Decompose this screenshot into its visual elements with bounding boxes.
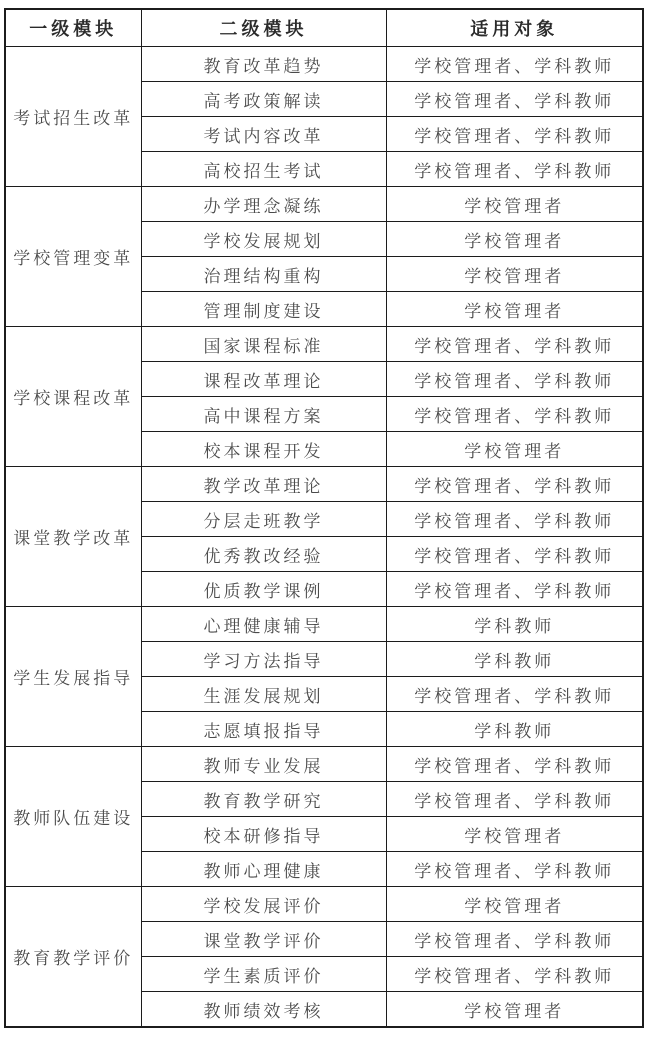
- module-cell: 学校管理变革: [5, 187, 141, 327]
- table-row: 考试招生改革教育改革趋势学校管理者、学科教师: [5, 47, 643, 82]
- submodule-cell: 办学理念凝练: [141, 187, 386, 222]
- submodule-cell: 优秀教改经验: [141, 537, 386, 572]
- audience-cell: 学校管理者、学科教师: [386, 782, 643, 817]
- submodule-cell: 教师专业发展: [141, 747, 386, 782]
- audience-cell: 学校管理者、学科教师: [386, 82, 643, 117]
- audience-cell: 学校管理者: [386, 292, 643, 327]
- module-cell: 课堂教学改革: [5, 467, 141, 607]
- audience-cell: 学科教师: [386, 607, 643, 642]
- audience-cell: 学校管理者、学科教师: [386, 922, 643, 957]
- module-cell: 教育教学评价: [5, 887, 141, 1028]
- submodule-cell: 学校发展规划: [141, 222, 386, 257]
- audience-cell: 学校管理者、学科教师: [386, 537, 643, 572]
- submodule-cell: 心理健康辅导: [141, 607, 386, 642]
- audience-cell: 学校管理者: [386, 432, 643, 467]
- submodule-cell: 高中课程方案: [141, 397, 386, 432]
- submodule-cell: 优质教学课例: [141, 572, 386, 607]
- submodule-cell: 考试内容改革: [141, 117, 386, 152]
- table-body: 考试招生改革教育改革趋势学校管理者、学科教师高考政策解读学校管理者、学科教师考试…: [5, 47, 643, 1028]
- submodule-cell: 教育教学研究: [141, 782, 386, 817]
- table-row: 学校管理变革办学理念凝练学校管理者: [5, 187, 643, 222]
- audience-cell: 学校管理者、学科教师: [386, 747, 643, 782]
- table-row: 学校课程改革国家课程标准学校管理者、学科教师: [5, 327, 643, 362]
- submodule-cell: 治理结构重构: [141, 257, 386, 292]
- audience-cell: 学校管理者: [386, 887, 643, 922]
- submodule-cell: 志愿填报指导: [141, 712, 386, 747]
- audience-cell: 学校管理者: [386, 817, 643, 852]
- submodule-cell: 国家课程标准: [141, 327, 386, 362]
- table-header-row: 一级模块 二级模块 适用对象: [5, 9, 643, 47]
- module-cell: 教师队伍建设: [5, 747, 141, 887]
- submodule-cell: 课堂教学评价: [141, 922, 386, 957]
- audience-cell: 学校管理者、学科教师: [386, 117, 643, 152]
- col-header-audience: 适用对象: [386, 9, 643, 47]
- module-cell: 学校课程改革: [5, 327, 141, 467]
- module-cell: 学生发展指导: [5, 607, 141, 747]
- audience-cell: 学科教师: [386, 642, 643, 677]
- audience-cell: 学校管理者: [386, 257, 643, 292]
- submodule-cell: 高校招生考试: [141, 152, 386, 187]
- table-row: 学生发展指导心理健康辅导学科教师: [5, 607, 643, 642]
- audience-cell: 学校管理者: [386, 992, 643, 1028]
- table-row: 课堂教学改革教学改革理论学校管理者、学科教师: [5, 467, 643, 502]
- submodule-cell: 学生素质评价: [141, 957, 386, 992]
- audience-cell: 学校管理者、学科教师: [386, 362, 643, 397]
- submodule-cell: 教师心理健康: [141, 852, 386, 887]
- audience-cell: 学校管理者: [386, 187, 643, 222]
- audience-cell: 学校管理者、学科教师: [386, 502, 643, 537]
- submodule-cell: 课程改革理论: [141, 362, 386, 397]
- audience-cell: 学校管理者、学科教师: [386, 677, 643, 712]
- training-modules-table: 一级模块 二级模块 适用对象 考试招生改革教育改革趋势学校管理者、学科教师高考政…: [4, 8, 644, 1028]
- submodule-cell: 生涯发展规划: [141, 677, 386, 712]
- submodule-cell: 教师绩效考核: [141, 992, 386, 1028]
- header-row: 一级模块 二级模块 适用对象: [5, 9, 643, 47]
- submodule-cell: 教学改革理论: [141, 467, 386, 502]
- submodule-cell: 管理制度建设: [141, 292, 386, 327]
- audience-cell: 学校管理者、学科教师: [386, 152, 643, 187]
- audience-cell: 学校管理者、学科教师: [386, 397, 643, 432]
- table-row: 教师队伍建设教师专业发展学校管理者、学科教师: [5, 747, 643, 782]
- audience-cell: 学校管理者、学科教师: [386, 852, 643, 887]
- audience-cell: 学校管理者、学科教师: [386, 572, 643, 607]
- audience-cell: 学校管理者、学科教师: [386, 327, 643, 362]
- submodule-cell: 高考政策解读: [141, 82, 386, 117]
- audience-cell: 学校管理者、学科教师: [386, 957, 643, 992]
- audience-cell: 学校管理者: [386, 222, 643, 257]
- submodule-cell: 学习方法指导: [141, 642, 386, 677]
- col-header-level2-module: 二级模块: [141, 9, 386, 47]
- col-header-level1-module: 一级模块: [5, 9, 141, 47]
- module-cell: 考试招生改革: [5, 47, 141, 187]
- audience-cell: 学科教师: [386, 712, 643, 747]
- submodule-cell: 校本课程开发: [141, 432, 386, 467]
- table-row: 教育教学评价学校发展评价学校管理者: [5, 887, 643, 922]
- submodule-cell: 教育改革趋势: [141, 47, 386, 82]
- audience-cell: 学校管理者、学科教师: [386, 47, 643, 82]
- submodule-cell: 校本研修指导: [141, 817, 386, 852]
- submodule-cell: 学校发展评价: [141, 887, 386, 922]
- audience-cell: 学校管理者、学科教师: [386, 467, 643, 502]
- submodule-cell: 分层走班教学: [141, 502, 386, 537]
